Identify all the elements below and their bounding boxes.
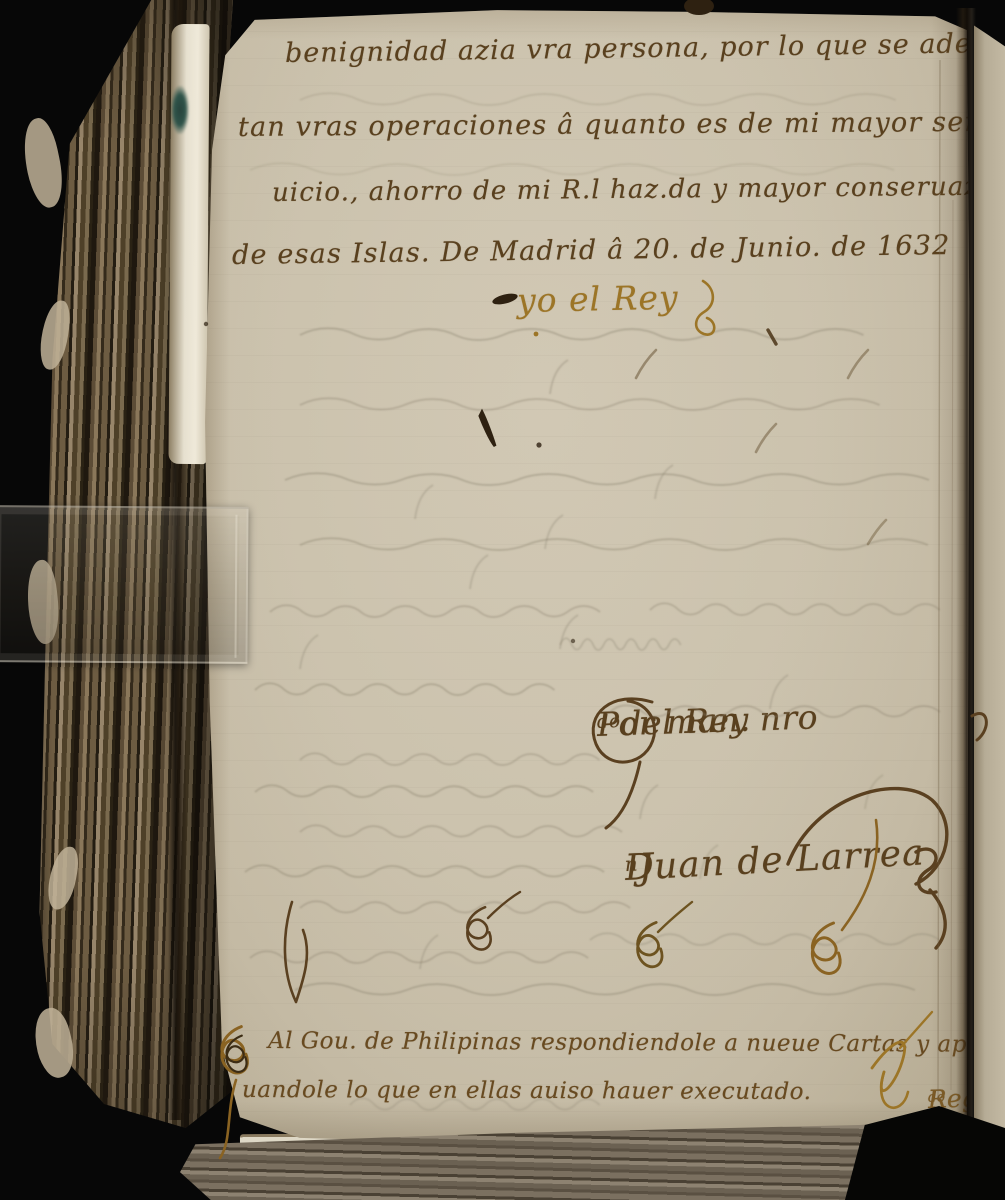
royal-sign-off: yo el Rey xyxy=(517,278,679,320)
verdigris-spot xyxy=(171,86,189,134)
body-line-2: tan vras operaciones â quanto es de mi m… xyxy=(238,107,979,143)
docket-line-1: Al Gou. de Philipinas respondiendole a n… xyxy=(268,1028,993,1058)
acrylic-edge-highlight xyxy=(234,515,237,658)
secretary-signature: Dn Juan de Larrea xyxy=(624,847,640,889)
docket-line-2: uandole lo que en ellas auiso hauer exec… xyxy=(242,1077,812,1105)
manuscript-page: benignidad azia vra persona, por lo que … xyxy=(195,5,970,1147)
page-tuft xyxy=(17,115,69,210)
countersign-post: del Rey nro xyxy=(620,697,819,743)
body-line-3: uicio., ahorro de mi R.l haz.da y mayor … xyxy=(272,171,1005,208)
underlying-page-edge xyxy=(168,24,209,464)
body-line-4: de esas Islas. De Madrid â 20. de Junio.… xyxy=(232,230,951,271)
book-gutter-crease xyxy=(956,8,976,1143)
countersign-line: Por man.do del Rey nro xyxy=(596,704,621,744)
acrylic-page-weight xyxy=(0,505,249,664)
body-line-1: benignidad azia vra persona, por lo que … xyxy=(285,28,1005,69)
signature-post: Juan de Larrea xyxy=(638,832,926,888)
facing-page-edge xyxy=(974,0,1005,1160)
manuscript-photo: benignidad azia vra persona, por lo que … xyxy=(0,0,1005,1200)
